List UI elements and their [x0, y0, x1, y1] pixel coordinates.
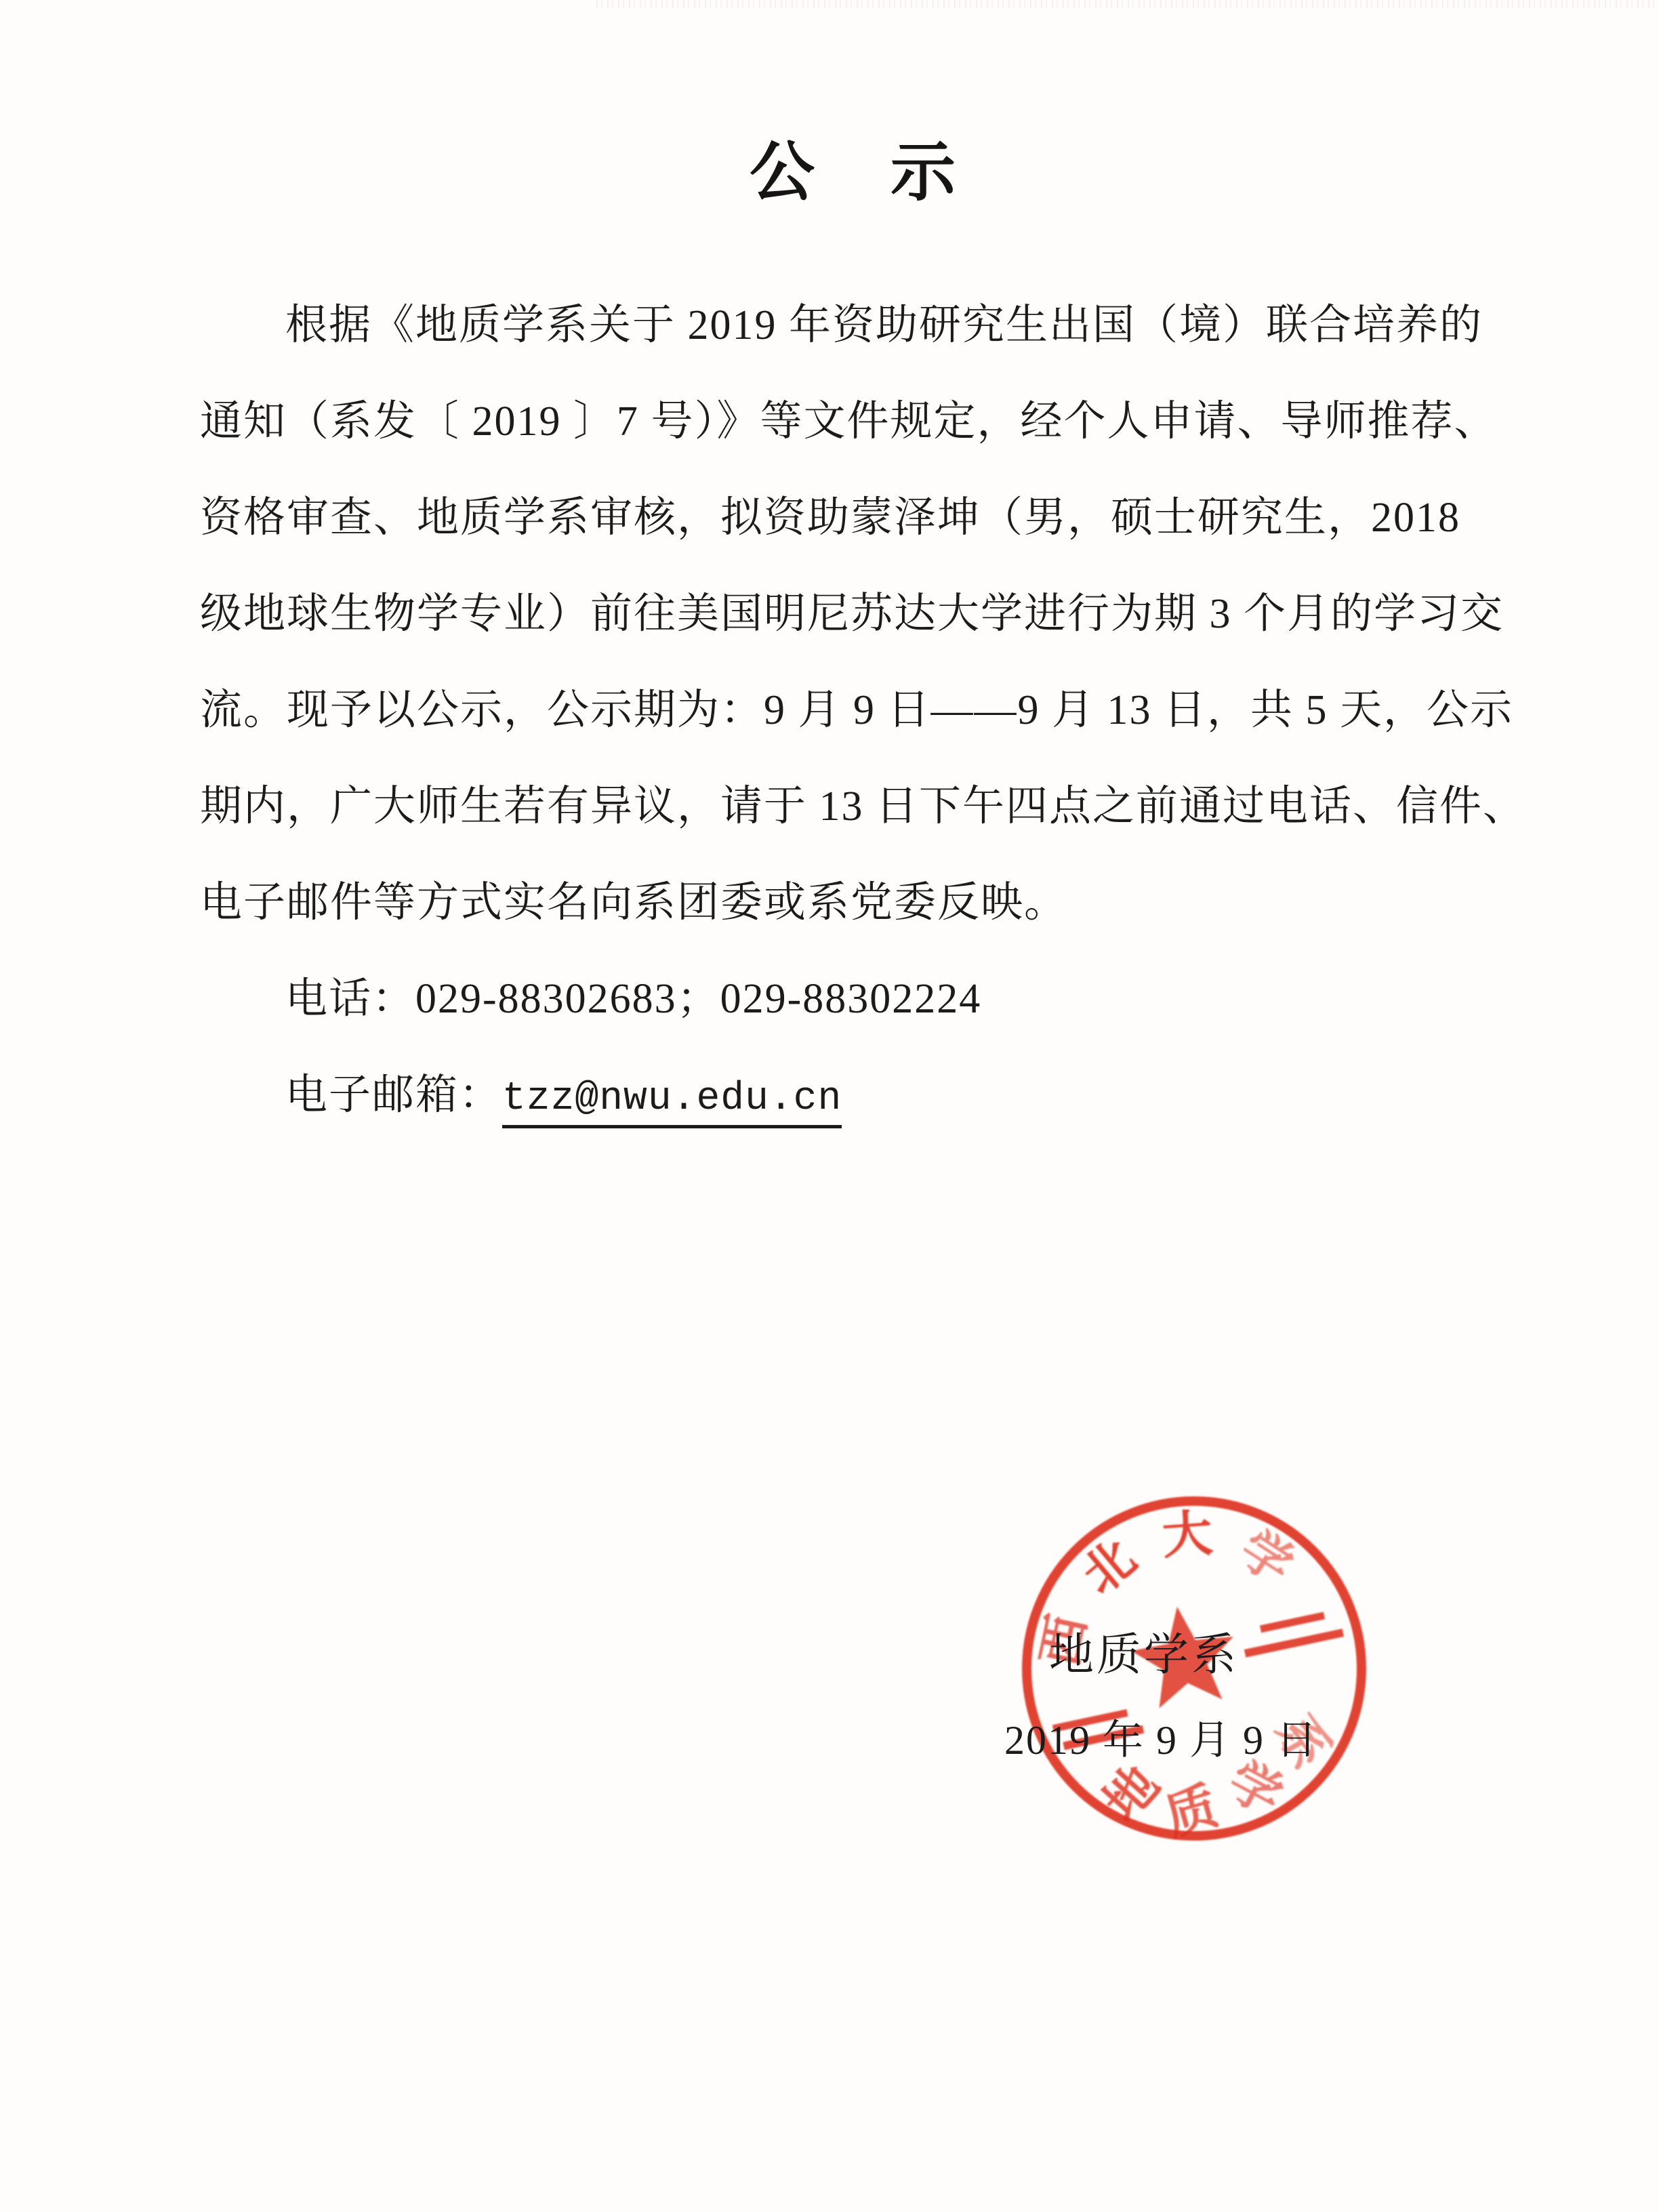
seal-char-di: 地 — [1093, 1756, 1170, 1832]
signature-date: 2019 年 9 月 9 日 — [1004, 1708, 1318, 1766]
body-line: 级地球生物学专业）前往美国明尼苏达大学进行为期 3 个月的学习交 — [200, 590, 1508, 638]
email-label: 电子邮箱： — [285, 1072, 502, 1118]
email-address: tzz@nwu.edu.cn — [502, 1077, 842, 1128]
scan-noise-artifact — [596, 0, 1659, 8]
page-title: 公 示 — [750, 121, 961, 213]
signature-department: 地质学系 — [1049, 1618, 1239, 1683]
body-line: 根据《地质学系关于 2019 年资助研究生出国（境）联合培养的 — [200, 301, 1593, 350]
notice-page: 公 示 根据《地质学系关于 2019 年资助研究生出国（境）联合培养的 通知（系… — [0, 0, 1659, 2212]
seal-dashes-right — [1240, 1609, 1344, 1658]
email-line: 电子邮箱：tzz@nwu.edu.cn — [200, 1071, 1593, 1124]
phone-numbers: 029-88302683；029-88302224 — [415, 976, 981, 1022]
body-line: 资格审查、地质学系审核，拟资助蒙泽坤（男，硕士研究生，2018 — [200, 493, 1508, 542]
body-line: 流。现予以公示，公示期为：9 月 9 日——9 月 13 日，共 5 天，公示 — [200, 686, 1508, 735]
phone-label: 电话： — [285, 976, 415, 1022]
body-line: 通知（系发〔 2019 〕7 号）》等文件规定，经个人申请、导师推荐、 — [200, 397, 1508, 446]
phone-line: 电话：029-88302683；029-88302224 — [200, 975, 1593, 1023]
body-line: 电子邮件等方式实名向系团委或系党委反映。 — [200, 878, 1508, 927]
seal-char-da: 大 — [1160, 1507, 1214, 1565]
body-line: 期内，广大师生若有异议，请于 13 日下午四点之前通过电话、信件、 — [200, 782, 1508, 831]
